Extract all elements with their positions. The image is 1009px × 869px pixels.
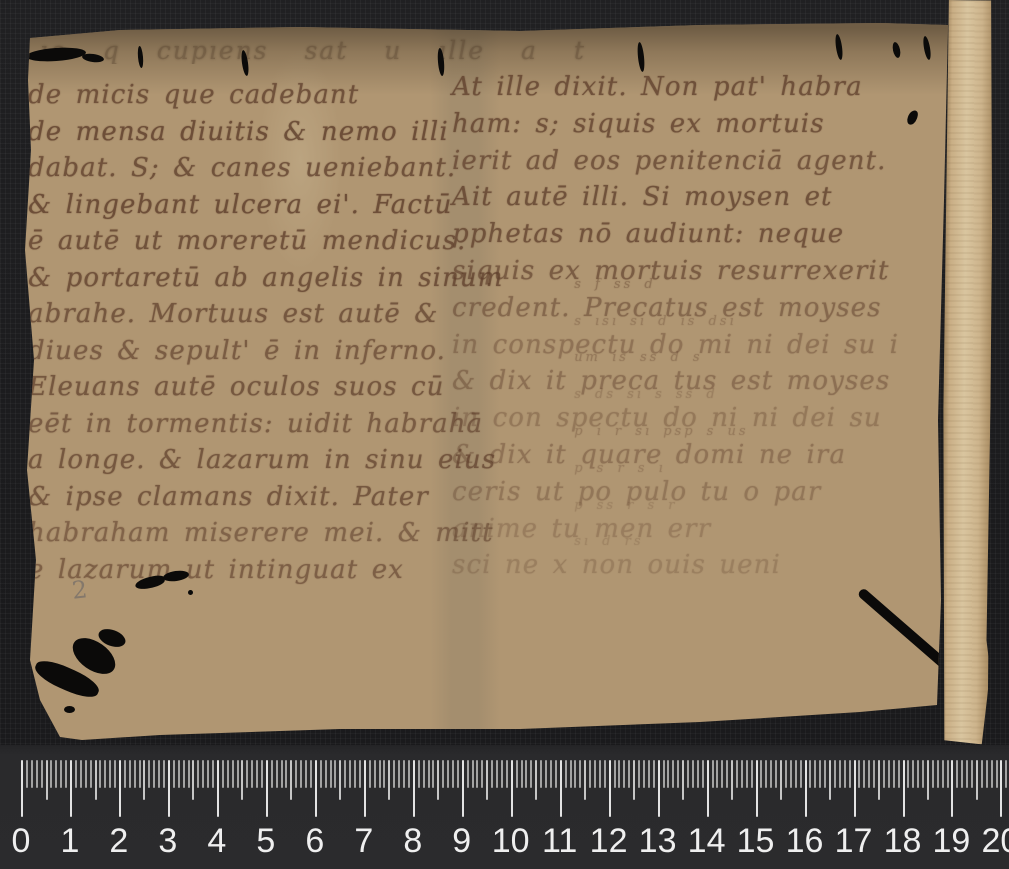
ruler-tick <box>379 760 381 788</box>
manuscript-text-line: eēt in tormentis: uidit habrahā <box>28 406 428 443</box>
manuscript-text-line: diues & sepult' ē in inferno. <box>28 333 428 370</box>
ruler-number: 6 <box>305 823 324 859</box>
ruler-tick <box>393 760 395 788</box>
ruler-tick <box>143 760 145 800</box>
ruler-tick <box>883 760 885 788</box>
ruler-tick <box>197 760 199 788</box>
ruler-tick <box>844 760 846 788</box>
ruler-tick <box>805 760 807 817</box>
ruler-tick <box>570 760 572 788</box>
ruler-tick <box>325 760 327 788</box>
ruler-tick <box>663 760 665 788</box>
manuscript-text-line: p s r s ıceris ut po pulo tu o par <box>452 474 922 511</box>
ruler-tick <box>506 760 508 788</box>
manuscript-text-line: ham: s; siquis ex mortuis <box>452 106 922 143</box>
ruler-tick <box>712 760 714 788</box>
ruler-tick <box>418 760 420 788</box>
ruler-tick <box>667 760 669 788</box>
ruler-tick <box>374 760 376 788</box>
ruler-number: 2 <box>109 823 128 859</box>
ruler-tick <box>207 760 209 788</box>
ruler-tick <box>232 760 234 788</box>
ruler-tick <box>173 760 175 788</box>
ruler-number: 18 <box>884 823 922 859</box>
ruler-tick <box>383 760 385 788</box>
ruler-tick <box>212 760 214 788</box>
manuscript-text-line: pphetas nō audiunt: neque <box>452 216 922 253</box>
ruler-tick <box>589 760 591 788</box>
ruler-tick <box>168 760 170 817</box>
ruler-tick <box>834 760 836 788</box>
ruler-tick <box>893 760 895 788</box>
ruler-tick <box>192 760 194 800</box>
interlinear-gloss: um ıs ss d s <box>574 351 702 364</box>
ruler-tick <box>251 760 253 788</box>
ruler-tick <box>41 760 43 788</box>
ruler-tick <box>643 760 645 788</box>
ruler-tick <box>540 760 542 788</box>
ruler-number: 3 <box>158 823 177 859</box>
ruler-tick <box>85 760 87 788</box>
ruler-tick <box>99 760 101 788</box>
ruler-tick <box>46 760 48 800</box>
ruler-tick <box>90 760 92 788</box>
ruler-tick <box>320 760 322 788</box>
manuscript-text-line: abrahe. Mortuus est autē & <box>28 296 428 333</box>
manuscript-text-line: p ı r sı psp s us& dix it quare domi ne … <box>452 437 922 474</box>
ruler-tick <box>163 760 165 788</box>
ink-spot <box>64 706 75 713</box>
ruler-tick <box>290 760 292 800</box>
manuscript-text-line: sı d rssci ne x non ouis ueni <box>452 547 922 584</box>
ruler-tick <box>21 760 23 817</box>
manuscript-text-line: a longe. & lazarum in sinu eius <box>28 442 428 479</box>
manuscript-text-line: & portaretū ab angelis in sinum <box>28 260 428 297</box>
ruler-tick <box>70 760 72 817</box>
ruler-tick <box>481 760 483 788</box>
interlinear-gloss: s f ss d <box>574 278 656 291</box>
ruler-tick <box>452 760 454 788</box>
ruler-tick <box>760 760 762 788</box>
ruler-tick <box>584 760 586 800</box>
ruler-tick <box>530 760 532 788</box>
ruler-tick <box>134 760 136 788</box>
ruler-tick <box>472 760 474 788</box>
ruler-number: 20 <box>981 823 1009 859</box>
ruler-tick <box>550 760 552 788</box>
ruler-number: 14 <box>688 823 726 859</box>
ruler-tick <box>971 760 973 788</box>
ruler-tick <box>55 760 57 788</box>
ruler-tick <box>560 760 562 817</box>
ruler-tick <box>937 760 939 788</box>
ruler-tick <box>868 760 870 788</box>
ruler-tick <box>315 760 317 817</box>
ruler-tick <box>496 760 498 788</box>
ruler-tick <box>305 760 307 788</box>
ruler-tick <box>188 760 190 788</box>
ruler-tick <box>903 760 905 817</box>
ruler-tick <box>408 760 410 788</box>
ruler-number: 7 <box>354 823 373 859</box>
manuscript-text-line: & lingebant ulcera ei'. Factū <box>28 187 428 224</box>
ruler-tick <box>751 760 753 788</box>
ruler-tick <box>907 760 909 788</box>
ruler-tick <box>183 760 185 788</box>
ruler-tick <box>457 760 459 788</box>
interlinear-gloss: p ı r sı psp s us <box>574 425 748 438</box>
ruler-tick <box>594 760 596 788</box>
ruler-tick <box>285 760 287 788</box>
ruler-tick <box>119 760 121 817</box>
ruler-tick <box>50 760 52 788</box>
ruler-tick <box>951 760 953 817</box>
ruler-tick <box>927 760 929 800</box>
ruler-tick <box>1000 760 1002 817</box>
ruler-tick <box>344 760 346 788</box>
ruler-tick <box>281 760 283 788</box>
ruler-tick <box>266 760 268 817</box>
ruler-tick <box>545 760 547 788</box>
photographic-ruler: 01234567891011121314151617181920 <box>0 745 1009 869</box>
ruler-tick <box>614 760 616 788</box>
ruler-tick <box>36 760 38 788</box>
ruler-tick <box>633 760 635 800</box>
ruler-tick <box>565 760 567 788</box>
ruler-tick <box>618 760 620 788</box>
ruler-tick <box>942 760 944 788</box>
manuscript-text-line: siquis ex mortuis resurrexerit <box>452 253 922 290</box>
ruler-number: 19 <box>932 823 970 859</box>
cropped-top-text-line: ıe q cupıens sat u ılle a t <box>40 38 930 64</box>
ruler-tick <box>922 760 924 788</box>
manuscript-text-line: Eleuans autē oculos suos cū <box>28 369 428 406</box>
ruler-tick <box>109 760 111 788</box>
interlinear-gloss: s ısı sı d ıs dsı <box>574 315 736 328</box>
ruler-tick <box>854 760 856 817</box>
ruler-tick <box>574 760 576 788</box>
ruler-tick <box>222 760 224 788</box>
ruler-tick <box>354 760 356 788</box>
ruler-number: 11 <box>542 823 577 859</box>
ruler-tick <box>295 760 297 788</box>
ruler-tick <box>104 760 106 788</box>
ruler-tick <box>991 760 993 788</box>
ruler-number: 10 <box>492 823 530 859</box>
manuscript-text-line: Ait autē illi. Si moysen et <box>452 179 922 216</box>
manuscript-text-line: e lazarum ut intinguat ex <box>28 552 428 589</box>
ruler-tick <box>721 760 723 788</box>
manuscript-text-line: At ille dixit. Non pat' habra <box>452 69 922 106</box>
ruler-tick <box>780 760 782 800</box>
ruler-tick <box>731 760 733 800</box>
interlinear-gloss: p ss r s r <box>574 499 677 512</box>
ruler-tick <box>237 760 239 788</box>
ruler-number: 16 <box>786 823 824 859</box>
wooden-stick <box>940 0 994 744</box>
ruler-tick <box>638 760 640 788</box>
ruler-number: 8 <box>403 823 422 859</box>
ruler-tick <box>349 760 351 788</box>
ruler-tick <box>511 760 513 817</box>
ruler-tick <box>849 760 851 788</box>
ruler-tick <box>428 760 430 788</box>
ruler-tick <box>447 760 449 788</box>
manuscript-right-column: At ille dixit. Non pat' habraham: s; siq… <box>452 69 922 584</box>
ruler-tick <box>437 760 439 800</box>
manuscript-left-column: de micis que cadebantde mensa diuitis & … <box>28 77 428 588</box>
ruler-tick <box>702 760 704 788</box>
manuscript-text-line: ierit ad eos penitenciā agent. <box>452 143 922 180</box>
ruler-tick <box>707 760 709 817</box>
ruler-tick <box>271 760 273 788</box>
ruler-tick <box>227 760 229 788</box>
ruler-tick <box>658 760 660 817</box>
ruler-tick <box>339 760 341 800</box>
ruler-tick <box>413 760 415 817</box>
ruler-tick <box>364 760 366 817</box>
manuscript-text-line: ē autē ut moreretū mendicus. <box>28 223 428 260</box>
ruler-tick <box>26 760 28 788</box>
ruler-tick <box>770 760 772 788</box>
ruler-tick <box>790 760 792 788</box>
ruler-tick <box>217 760 219 817</box>
ruler-tick <box>139 760 141 788</box>
ruler-tick <box>129 760 131 788</box>
ruler-tick <box>687 760 689 788</box>
ruler-tick <box>961 760 963 788</box>
ruler-tick <box>310 760 312 788</box>
pencil-folio-numeral: 2 <box>71 575 89 604</box>
ruler-tick <box>60 760 62 788</box>
ruler-tick <box>491 760 493 788</box>
ruler-tick <box>986 760 988 788</box>
ruler-tick <box>158 760 160 788</box>
ruler-tick <box>330 760 332 788</box>
ruler-tick <box>628 760 630 788</box>
ruler-tick <box>65 760 67 788</box>
manuscript-text-line: de micis que cadebant <box>28 77 428 114</box>
ruler-tick <box>795 760 797 788</box>
ruler-tick <box>256 760 258 788</box>
ruler-tick <box>878 760 880 800</box>
ruler-tick <box>114 760 116 788</box>
ruler-tick <box>966 760 968 788</box>
interlinear-gloss: sı d rs <box>574 535 643 548</box>
ruler-tick <box>241 760 243 800</box>
ruler-tick <box>501 760 503 788</box>
ruler-tick <box>741 760 743 788</box>
ruler-tick <box>359 760 361 788</box>
ruler-tick <box>736 760 738 788</box>
ruler-tick <box>648 760 650 788</box>
ruler-tick <box>746 760 748 788</box>
manuscript-text-line: dabat. S; & canes ueniebant. <box>28 150 428 187</box>
ruler-tick <box>858 760 860 788</box>
ruler-tick <box>178 760 180 788</box>
ruler-tick <box>276 760 278 788</box>
ruler-tick <box>775 760 777 788</box>
ruler-tick <box>516 760 518 788</box>
ruler-tick <box>981 760 983 788</box>
ruler-tick <box>261 760 263 788</box>
ruler-tick <box>623 760 625 788</box>
ruler-tick <box>442 760 444 788</box>
ruler-tick <box>148 760 150 788</box>
ruler-tick <box>486 760 488 800</box>
ruler-tick <box>521 760 523 788</box>
ruler-tick <box>124 760 126 788</box>
ruler-tick <box>716 760 718 788</box>
ink-spot <box>188 590 193 595</box>
ruler-tick <box>756 760 758 817</box>
ruler-tick <box>863 760 865 788</box>
ruler-tick <box>462 760 464 817</box>
ruler-tick <box>947 760 949 788</box>
interlinear-gloss: p s r s ı <box>574 462 666 475</box>
ruler-tick <box>300 760 302 788</box>
ruler-tick <box>423 760 425 788</box>
ruler-number: 15 <box>737 823 775 859</box>
interlinear-gloss: s ds sı s ss d <box>574 388 718 401</box>
ruler-tick <box>334 760 336 788</box>
ruler-number: 9 <box>452 823 471 859</box>
ruler-tick <box>31 760 33 788</box>
ruler-tick <box>819 760 821 788</box>
ruler-tick <box>467 760 469 788</box>
ruler-tick <box>609 760 611 817</box>
ruler-tick <box>932 760 934 788</box>
ruler-tick <box>672 760 674 788</box>
ruler-tick <box>476 760 478 788</box>
ruler-tick <box>888 760 890 788</box>
ruler-tick <box>829 760 831 800</box>
ruler-tick <box>246 760 248 788</box>
ruler-number: 17 <box>835 823 873 859</box>
ruler-number: 12 <box>590 823 628 859</box>
ruler-tick <box>202 760 204 788</box>
ruler-tick <box>599 760 601 788</box>
ruler-tick <box>535 760 537 800</box>
ruler-tick <box>75 760 77 788</box>
ruler-tick <box>697 760 699 788</box>
ruler-tick <box>525 760 527 788</box>
ruler-tick <box>388 760 390 800</box>
ruler-tick <box>403 760 405 788</box>
manuscript-text-line: p ss r s ranime tu men err <box>452 511 922 548</box>
ruler-number: 5 <box>256 823 275 859</box>
manuscript-text-line: & ipse clamans dixit. Pater <box>28 479 428 516</box>
ruler-tick <box>153 760 155 788</box>
ruler-tick <box>682 760 684 800</box>
manuscript-text-line: habraham miserere mei. & mitt <box>28 515 428 552</box>
ruler-tick <box>653 760 655 788</box>
ruler-tick <box>873 760 875 788</box>
ruler-tick <box>677 760 679 788</box>
ruler-tick <box>432 760 434 788</box>
ruler-tick <box>917 760 919 788</box>
ruler-number: 1 <box>61 823 80 859</box>
ruler-tick <box>898 760 900 788</box>
ruler-tick <box>824 760 826 788</box>
ruler-tick <box>579 760 581 788</box>
ruler-number: 0 <box>12 823 31 859</box>
manuscript-text-line: de mensa diuitis & nemo illi <box>28 114 428 151</box>
ruler-number: 4 <box>207 823 226 859</box>
ruler-tick <box>369 760 371 788</box>
ruler-tick <box>809 760 811 788</box>
ruler-tick <box>976 760 978 800</box>
ruler-tick <box>80 760 82 788</box>
ruler-tick <box>912 760 914 788</box>
ruler-tick <box>785 760 787 788</box>
ruler-tick <box>95 760 97 800</box>
ruler-tick <box>555 760 557 788</box>
ruler-tick <box>814 760 816 788</box>
ruler-tick <box>604 760 606 788</box>
ruler-number: 13 <box>639 823 677 859</box>
ruler-tick <box>765 760 767 788</box>
ruler-tick <box>692 760 694 788</box>
ruler-tick <box>839 760 841 788</box>
ruler-tick <box>956 760 958 788</box>
ruler-tick <box>398 760 400 788</box>
ruler-tick <box>726 760 728 788</box>
ruler-tick <box>800 760 802 788</box>
ruler-tick <box>996 760 998 788</box>
ruler-tick <box>1005 760 1007 788</box>
